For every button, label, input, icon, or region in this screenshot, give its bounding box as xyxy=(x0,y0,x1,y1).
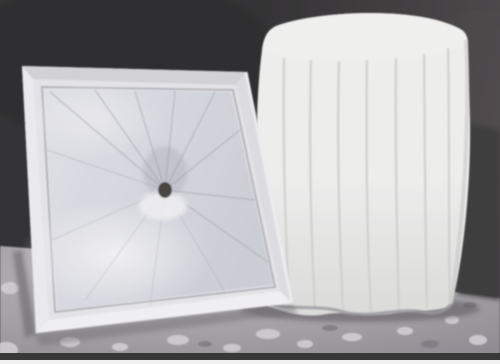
film-grain-overlay xyxy=(0,0,500,364)
product-photograph xyxy=(0,0,500,364)
photo-canvas xyxy=(0,0,500,364)
